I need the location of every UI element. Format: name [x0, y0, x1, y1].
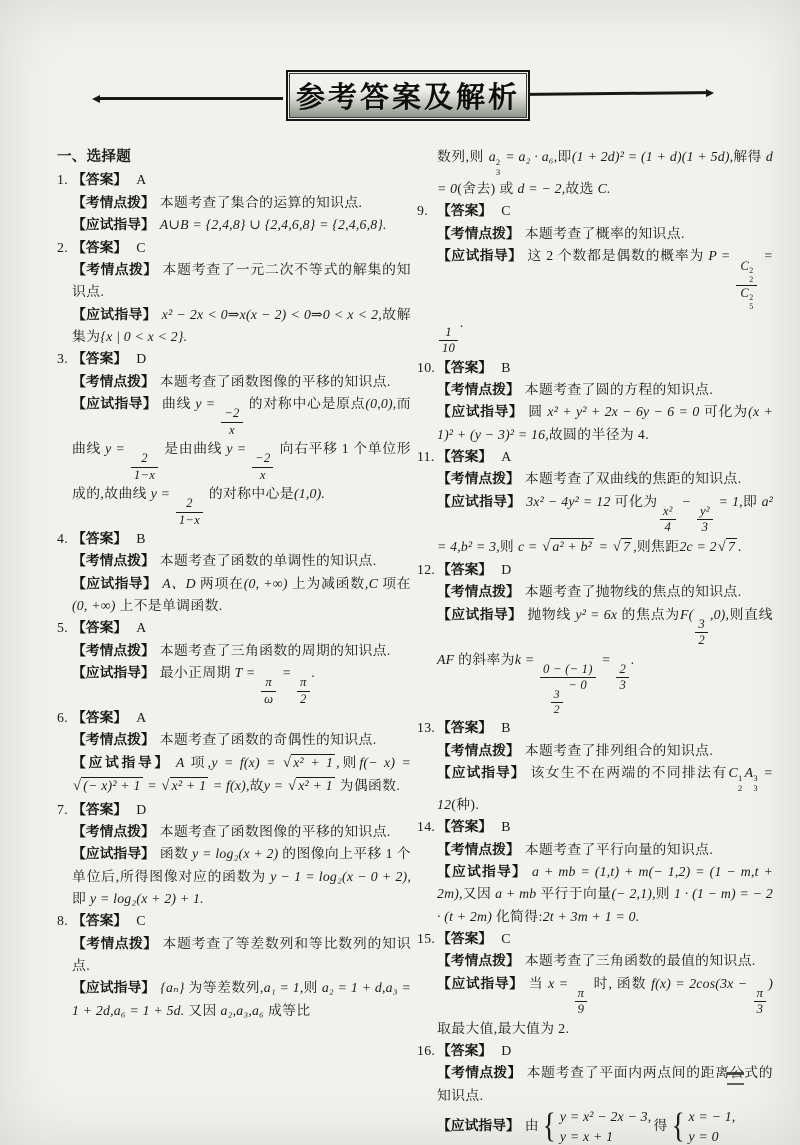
- fraction: 0 − (− 1)32 − 0: [540, 662, 596, 717]
- math-run: =: [278, 665, 295, 680]
- text-run: 解得: [733, 149, 766, 164]
- fraction: π3: [754, 986, 767, 1017]
- answer-letter: C: [136, 913, 146, 928]
- text-run: 上为减函数,: [288, 576, 369, 591]
- sqrt: a² + b²: [542, 539, 594, 554]
- text-run: 则: [500, 539, 518, 554]
- tips-label: 【考情点拨】: [437, 382, 520, 397]
- answer-letter: A: [136, 172, 146, 187]
- answer-line: 1.【答案】A: [72, 169, 411, 191]
- fraction: 32: [695, 617, 708, 648]
- tips-text: 本题考查了集合的运算的知识点.: [160, 195, 363, 210]
- answer-letter: A: [501, 449, 511, 464]
- math-run: 2t + 3m + 1 = 0.: [543, 909, 640, 924]
- answer-label: 【答案】: [437, 931, 492, 946]
- guide-line: 【应试指导】3x² − 4y² = 12 可化为x²4 − y²3 = 1,即 …: [437, 491, 773, 559]
- item-number: 1.: [57, 169, 68, 191]
- guide-line: 【应试指导】A∪B = {2,4,8} ∪ {2,4,6,8} = {2,4,6…: [72, 214, 411, 236]
- guide-line: 【应试指导】这 2 个数都是偶数的概率为 P = C22C25 = 110.: [437, 245, 773, 357]
- answer-line: 14.【答案】B: [437, 816, 773, 838]
- brace-glyph: {: [671, 1112, 684, 1141]
- fraction: 21−x: [131, 451, 158, 482]
- text-run: 该女生不在两端的不同排法有: [531, 765, 728, 780]
- answer-line: 8.【答案】C: [72, 910, 411, 932]
- answer-item-15: 15.【答案】C【考情点拨】本题考查了三角函数的最值的知识点.【应试指导】当 x…: [417, 928, 773, 1040]
- guide-line: 【应试指导】该女生不在两端的不同排法有C12A33 = 12(种).: [437, 762, 773, 816]
- section-heading: 一、选择题: [57, 146, 411, 169]
- item-number: 12.: [417, 559, 435, 581]
- text-run: 上不是单调函数.: [116, 598, 223, 613]
- guide-label: 【应试指导】: [72, 665, 155, 680]
- fraction: C22C25: [736, 259, 757, 312]
- answer-line: 9.【答案】C: [437, 200, 773, 222]
- right-column: 数列,则 a23 = a₂ · a₆,即(1 + 2d)² = (1 + d)(…: [417, 146, 773, 1145]
- text-run: 圆: [528, 404, 547, 419]
- left-column: 一、选择题 1.【答案】A【考情点拨】本题考查了集合的运算的知识点.【应试指导】…: [57, 146, 411, 1022]
- math-run: y =: [195, 396, 219, 411]
- answer-item-2: 2.【答案】C【考情点拨】本题考查了一元二次不等式的解集的知识点.【应试指导】x…: [57, 237, 411, 349]
- scanned-answer-page: 参考答案及解析 一、选择题 1.【答案】A【考情点拨】本题考查了集合的运算的知识…: [0, 0, 800, 1145]
- text-run: 抛物线: [527, 607, 575, 622]
- math-run: (0,0),: [365, 396, 396, 411]
- text-run: 的斜率为: [454, 652, 515, 667]
- answer-label: 【答案】: [437, 203, 492, 218]
- answer-item-10: 10.【答案】B【考情点拨】本题考查了圆的方程的知识点.【应试指导】圆 x² +…: [417, 357, 773, 446]
- sub-sup-symbol: C22: [740, 259, 753, 273]
- math-run: c =: [518, 539, 541, 554]
- item-number: 11.: [417, 446, 435, 468]
- answer-label: 【答案】: [72, 172, 127, 187]
- answer-letter: D: [501, 562, 511, 577]
- math-run: k =: [515, 652, 538, 667]
- fraction: 32: [551, 688, 563, 717]
- item-number: 15.: [417, 928, 435, 950]
- math-run: {aₙ}: [160, 980, 184, 995]
- answer-item-6: 6.【答案】A【考情点拨】本题考查了函数的奇偶性的知识点.【应试指导】A 项,y…: [57, 707, 411, 799]
- math-run: y² = 6x: [575, 607, 617, 622]
- answer-item-13: 13.【答案】B【考情点拨】本题考查了排列组合的知识点.【应试指导】该女生不在两…: [417, 717, 773, 816]
- text-run: 项,: [191, 755, 212, 770]
- text-run: 则: [656, 886, 674, 901]
- math-run: (0, +∞): [72, 598, 116, 613]
- answer-item-4: 4.【答案】B【考情点拨】本题考查了函数的单调性的知识点.【应试指导】A、D 两…: [57, 528, 411, 617]
- answer-label: 【答案】: [72, 802, 127, 817]
- tips-line: 【考情点拨】本题考查了平行向量的知识点.: [437, 839, 773, 861]
- system-row: x = − 1,: [689, 1107, 736, 1127]
- tips-line: 【考情点拨】本题考查了概率的知识点.: [437, 223, 773, 245]
- tips-line: 【考情点拨】本题考查了集合的运算的知识点.: [72, 192, 411, 214]
- text-run: 的对称中心是原点: [245, 396, 366, 411]
- answer-line: 3.【答案】D: [72, 348, 411, 370]
- guide-line: 【应试指导】函数 y = log₂(x + 2) 的图像向上平移 1 个单位后,…: [72, 843, 411, 910]
- guide-label: 【应试指导】: [437, 1118, 520, 1133]
- answer-letter: C: [501, 931, 511, 946]
- text-run: 又因: [184, 1003, 220, 1018]
- answer-item-8: 8.【答案】C【考情点拨】本题考查了等差数列和等比数列的知识点.【应试指导】{a…: [57, 910, 411, 1022]
- tips-text: 本题考查了平行向量的知识点.: [525, 842, 713, 857]
- math-run: y = log₂(x + 2) + 1.: [90, 891, 204, 906]
- fraction: πω: [261, 675, 276, 706]
- sub-sup-symbol: A33: [745, 765, 758, 780]
- math-run: a + mb: [495, 886, 536, 901]
- math-run: A: [176, 755, 191, 770]
- tips-label: 【考情点拨】: [437, 471, 520, 486]
- tips-line: 【考情点拨】本题考查了三角函数的周期的知识点.: [72, 640, 411, 662]
- tips-text: 本题考查了抛物线的焦点的知识点.: [525, 584, 742, 599]
- tips-label: 【考情点拨】: [437, 842, 520, 857]
- math-run: C.: [598, 181, 611, 196]
- math-run: y − 1 = log₂(x − 0 + 2),: [270, 869, 411, 884]
- math-run: − 0: [565, 678, 587, 692]
- answer-item-7: 7.【答案】D【考情点拨】本题考查了函数图像的平移的知识点.【应试指导】函数 y…: [57, 799, 411, 911]
- answer-line: 16.【答案】D: [437, 1040, 773, 1062]
- text-run: 可化为: [699, 404, 748, 419]
- math-run: =: [598, 652, 615, 667]
- text-run: 化简得:: [492, 909, 543, 924]
- math-run: A、D: [162, 576, 200, 591]
- tips-text: 本题考查了函数图像的平移的知识点.: [160, 374, 391, 389]
- answer-line: 6.【答案】A: [72, 707, 411, 729]
- answer-label: 【答案】: [72, 240, 127, 255]
- answer-letter: B: [136, 531, 146, 546]
- answer-item-1: 1.【答案】A【考情点拨】本题考查了集合的运算的知识点.【应试指导】A∪B = …: [57, 169, 411, 236]
- fraction: π2: [297, 675, 310, 706]
- answer-line: 7.【答案】D: [72, 799, 411, 821]
- answer-letter: A: [136, 620, 146, 635]
- guide-label: 【应试指导】: [437, 976, 524, 991]
- math-run: = 1,: [715, 494, 743, 509]
- tips-line: 【考情点拨】本题考查了抛物线的焦点的知识点.: [437, 581, 773, 603]
- sqrt: x² + 1: [288, 778, 335, 793]
- tips-line: 【考情点拨】本题考查了双曲线的焦距的知识点.: [437, 468, 773, 490]
- fraction: π9: [575, 986, 588, 1017]
- math-run: C: [369, 576, 382, 591]
- answer-line: 15.【答案】C: [437, 928, 773, 950]
- item-number: 4.: [57, 528, 68, 550]
- tips-label: 【考情点拨】: [72, 195, 155, 210]
- math-run: y =: [105, 441, 129, 456]
- answer-letter: B: [501, 720, 511, 735]
- tips-line: 【考情点拨】本题考查了函数图像的平移的知识点.: [72, 821, 411, 843]
- guide-line: 【应试指导】A、D 两项在(0, +∞) 上为减函数,C 项在(0, +∞) 上…: [72, 573, 411, 618]
- math-run: (1,0).: [294, 486, 325, 501]
- answer-item-9: 9.【答案】C【考情点拨】本题考查了概率的知识点.【应试指导】这 2 个数都是偶…: [417, 200, 773, 356]
- answer-label: 【答案】: [72, 710, 127, 725]
- answer-line: 11.【答案】A: [437, 446, 773, 468]
- system-row: y = x + 1: [560, 1127, 652, 1145]
- tips-text: 本题考查了圆的方程的知识点.: [525, 382, 713, 397]
- math-run: y =: [264, 778, 287, 793]
- text-run: 当: [529, 976, 548, 991]
- fraction: −2x: [252, 451, 273, 482]
- tips-line: 【考情点拨】本题考查了一元二次不等式的解集的知识点.: [72, 259, 411, 304]
- guide-label: 【应试指导】: [72, 217, 155, 232]
- answer-label: 【答案】: [437, 360, 492, 375]
- math-run: 2c = 2: [679, 539, 716, 554]
- answer-letter: A: [136, 710, 146, 725]
- math-run: y = log₂(x + 2): [192, 846, 278, 861]
- text-run: 则: [340, 755, 360, 770]
- system-row: y = 0: [689, 1127, 736, 1145]
- answer-label: 【答案】: [437, 1043, 492, 1058]
- guide-line: 【应试指导】A 项,y = f(x) = x² + 1,则f(− x) = (−…: [72, 752, 411, 799]
- guide-label: 【应试指导】: [72, 576, 157, 591]
- text-run: 成等比: [264, 1003, 310, 1018]
- brace-glyph: {: [543, 1112, 556, 1141]
- text-run: 函数: [160, 846, 192, 861]
- answer-item-5: 5.【答案】A【考情点拨】本题考查了三角函数的周期的知识点.【应试指导】最小正周…: [57, 617, 411, 707]
- tips-line: 【考情点拨】本题考查了圆的方程的知识点.: [437, 379, 773, 401]
- fraction: x²4: [660, 504, 676, 535]
- text-run: 数列,则: [437, 149, 488, 164]
- answer-item-12: 12.【答案】D【考情点拨】本题考查了抛物线的焦点的知识点.【应试指导】抛物线 …: [417, 559, 773, 717]
- math-run: ,0),: [710, 607, 729, 622]
- guide-label: 【应试指导】: [72, 755, 171, 770]
- tips-label: 【考情点拨】: [437, 743, 520, 758]
- answer-letter: D: [136, 802, 146, 817]
- guide-label: 【应试指导】: [72, 980, 155, 995]
- math-run: {x | 0 < x < 2}.: [100, 329, 187, 344]
- text-run: 为偶函数.: [336, 778, 401, 793]
- fraction: 110: [439, 325, 458, 356]
- answer-label: 【答案】: [437, 562, 492, 577]
- answer-letter: B: [501, 819, 511, 834]
- fraction: 21−x: [176, 496, 203, 527]
- math-run: (− 2,1),: [611, 886, 655, 901]
- page-title: 参考答案及解析: [286, 70, 530, 121]
- guide-line: 【应试指导】最小正周期 T = πω = π2.: [72, 662, 411, 707]
- text-run: 即: [72, 891, 90, 906]
- item-number: 16.: [417, 1040, 435, 1062]
- guide-line: 【应试指导】曲线 y = −2x 的对称中心是原点(0,0),而曲线 y = 2…: [72, 393, 411, 528]
- math-run: A∪B = {2,4,8} ∪ {2,4,6,8} = {2,4,6,8}.: [160, 217, 387, 232]
- decorative-rule-left: [99, 97, 283, 100]
- sub-sup-symbol: C12: [728, 765, 742, 780]
- tips-line: 【考情点拨】本题考查了函数的单调性的知识点.: [72, 550, 411, 572]
- text-run: 则: [304, 980, 322, 995]
- guide-label: 【应试指导】: [437, 864, 527, 879]
- math-run: = f(x),: [209, 778, 249, 793]
- math-run: .: [738, 539, 742, 554]
- text-run: (舍去) 或: [457, 181, 517, 196]
- fraction: 23: [616, 662, 629, 693]
- tips-label: 【考情点拨】: [72, 936, 157, 951]
- answer-item-16: 16.【答案】D【考情点拨】本题考查了平面内两点间的距离公式的知识点.【应试指导…: [417, 1040, 773, 1145]
- math-run: −: [678, 494, 695, 509]
- guide-label: 【应试指导】: [72, 307, 157, 322]
- math-run: =: [144, 778, 161, 793]
- page-title-text: 参考答案及解析: [296, 75, 520, 116]
- fraction: y²3: [697, 504, 713, 535]
- answer-label: 【答案】: [72, 620, 127, 635]
- answer-label: 【答案】: [437, 819, 492, 834]
- math-run: =: [595, 539, 612, 554]
- guide-label: 【应试指导】: [437, 248, 522, 263]
- text-run: (种).: [451, 797, 479, 812]
- math-run: x² − 2x < 0⇒x(x − 2) < 0⇒0 < x < 2,: [162, 307, 382, 322]
- answer-line: 5.【答案】A: [72, 617, 411, 639]
- item-number: 2.: [57, 237, 68, 259]
- math-run: T =: [235, 665, 259, 680]
- text-run: 曲线: [162, 396, 195, 411]
- answer-line: 12.【答案】D: [437, 559, 773, 581]
- tips-line: 【考情点拨】本题考查了等差数列和等比数列的知识点.: [72, 933, 411, 978]
- text-run: 的对称中心是: [205, 486, 294, 501]
- math-run: (1 + 2d)² = (1 + d)(1 + 5d),: [572, 149, 733, 164]
- sqrt: x² + 1: [283, 755, 335, 770]
- text-run: 平行于向量: [536, 886, 611, 901]
- text-run: 的焦点为: [617, 607, 680, 622]
- guide-line: 【应试指导】圆 x² + y² + 2x − 6y − 6 = 0 可化为(x …: [437, 401, 773, 446]
- tips-text: 本题考查了双曲线的焦距的知识点.: [525, 471, 742, 486]
- text-run: 为等差数列,: [185, 980, 264, 995]
- math-run: =: [759, 248, 773, 263]
- text-run: 这 2 个数都是偶数的概率为: [527, 248, 708, 263]
- guide-line: 【应试指导】x² − 2x < 0⇒x(x − 2) < 0⇒0 < x < 2…: [72, 304, 411, 349]
- math-run: .: [312, 665, 316, 680]
- item-number: 14.: [417, 816, 435, 838]
- tips-text: 本题考查了三角函数的最值的知识点.: [525, 953, 756, 968]
- math-run: f(− x) =: [359, 755, 411, 770]
- math-run: y =: [226, 441, 250, 456]
- item-number: 5.: [57, 617, 68, 639]
- text-run: 时, 函数: [589, 976, 651, 991]
- tips-label: 【考情点拨】: [72, 732, 155, 747]
- answer-line: 4.【答案】B: [72, 528, 411, 550]
- answer-label: 【答案】: [72, 531, 127, 546]
- tips-label: 【考情点拨】: [437, 584, 520, 599]
- item-number: 8.: [57, 910, 68, 932]
- decorative-rule-right: [529, 91, 707, 95]
- text-run: 则焦距: [637, 539, 680, 554]
- math-run: y =: [151, 486, 174, 501]
- math-run: x =: [548, 976, 572, 991]
- math-run: x² + y² + 2x − 6y − 6 = 0: [547, 404, 699, 419]
- tips-line: 【考情点拨】本题考查了排列组合的知识点.: [437, 740, 773, 762]
- continuation-paragraph: 数列,则 a23 = a₂ · a₆,即(1 + 2d)² = (1 + d)(…: [417, 146, 773, 200]
- tips-line: 【考情点拨】本题考查了函数图像的平移的知识点.: [72, 371, 411, 393]
- answer-letter: B: [501, 360, 511, 375]
- text-run: 即: [557, 149, 571, 164]
- math-run: a₂,a₃,a₆: [221, 1003, 265, 1018]
- tips-label: 【考情点拨】: [72, 553, 155, 568]
- page-corner-mark: [727, 1072, 744, 1085]
- guide-line: 【应试指导】当 x = π9 时, 函数 f(x) = 2cos(3x − π3…: [437, 973, 773, 1040]
- text-run: 则直线: [729, 607, 773, 622]
- text-run: 由: [525, 1118, 539, 1133]
- item-number: 10.: [417, 357, 435, 379]
- text-run: 取最大值,最大值为 2.: [437, 1021, 569, 1036]
- fraction: −2x: [221, 406, 242, 437]
- answer-letter: C: [501, 203, 511, 218]
- math-run: AF: [437, 652, 454, 667]
- tips-line: 【考情点拨】本题考查了平面内两点间的距离公式的知识点.: [437, 1062, 773, 1107]
- sqrt: x² + 1: [161, 778, 208, 793]
- text-run: 两项在: [200, 576, 244, 591]
- answer-line: 13.【答案】B: [437, 717, 773, 739]
- answer-label: 【答案】: [72, 351, 127, 366]
- answer-label: 【答案】: [437, 449, 492, 464]
- sqrt: 7: [613, 539, 632, 554]
- text-run: 最小正周期: [160, 665, 235, 680]
- tips-line: 【考情点拨】本题考查了三角函数的最值的知识点.: [437, 950, 773, 972]
- tips-text: 本题考查了函数图像的平移的知识点.: [160, 824, 391, 839]
- item-number: 3.: [57, 348, 68, 370]
- item-number: 13.: [417, 717, 435, 739]
- equation-system: {y = x² − 2x − 3,y = x + 1: [541, 1107, 651, 1145]
- sqrt: 7: [718, 539, 737, 554]
- tips-label: 【考情点拨】: [437, 1065, 522, 1080]
- sub-sup-symbol: a23: [489, 149, 501, 164]
- math-run: a₁ = 1,: [264, 980, 304, 995]
- system-row: y = x² − 2x − 3,: [560, 1107, 652, 1127]
- tips-text: 本题考查了函数的奇偶性的知识点.: [160, 732, 377, 747]
- tips-label: 【考情点拨】: [72, 824, 155, 839]
- item-number: 9.: [417, 200, 428, 222]
- answer-item-3: 3.【答案】D【考情点拨】本题考查了函数图像的平移的知识点.【应试指导】曲线 y…: [57, 348, 411, 528]
- answer-letter: D: [501, 1043, 511, 1058]
- answer-letter: D: [136, 351, 146, 366]
- text-run: 故: [250, 778, 264, 793]
- math-run: P =: [708, 248, 734, 263]
- answer-item-11: 11.【答案】A【考情点拨】本题考查了双曲线的焦距的知识点.【应试指导】3x² …: [417, 446, 773, 559]
- guide-line: 【应试指导】由{y = x² − 2x − 3,y = x + 1得{x = −…: [437, 1107, 773, 1145]
- text-run: 是由曲线: [160, 441, 226, 456]
- answer-letter: C: [136, 240, 146, 255]
- answer-label: 【答案】: [72, 913, 127, 928]
- guide-label: 【应试指导】: [437, 494, 521, 509]
- sub-sup-symbol: C25: [740, 286, 753, 300]
- answer-item-14: 14.【答案】B【考情点拨】本题考查了平行向量的知识点.【应试指导】a + mb…: [417, 816, 773, 928]
- tips-label: 【考情点拨】: [437, 226, 520, 241]
- answer-line: 2.【答案】C: [72, 237, 411, 259]
- tips-text: 本题考查了函数的单调性的知识点.: [160, 553, 377, 568]
- math-run: 2cos(: [689, 976, 720, 991]
- item-number: 6.: [57, 707, 68, 729]
- guide-label: 【应试指导】: [437, 607, 522, 622]
- text-run: 得: [653, 1118, 667, 1133]
- math-run: 3x −: [720, 976, 752, 991]
- guide-line: 【应试指导】{aₙ} 为等差数列,a₁ = 1,则 a₂ = 1 + d,a₃ …: [72, 977, 411, 1022]
- text-run: 可化为: [610, 494, 657, 509]
- guide-line: 【应试指导】a + mb = (1,t) + m(− 1,2) = (1 − m…: [437, 861, 773, 928]
- text-run: 故选: [565, 181, 597, 196]
- sqrt: (− x)² + 1: [73, 778, 143, 793]
- equation-system: {x = − 1,y = 0: [670, 1107, 736, 1145]
- text-run: 故圆的半径为 4.: [549, 427, 649, 442]
- text-run: 又因: [463, 886, 495, 901]
- math-run: y = f(x) =: [211, 755, 282, 770]
- item-number: 7.: [57, 799, 68, 821]
- tips-text: 本题考查了排列组合的知识点.: [525, 743, 713, 758]
- tips-text: 本题考查了三角函数的周期的知识点.: [160, 643, 391, 658]
- tips-label: 【考情点拨】: [72, 262, 157, 277]
- math-run: 3x² − 4y² = 12: [526, 494, 610, 509]
- tips-label: 【考情点拨】: [72, 374, 155, 389]
- math-run: d = − 2,: [518, 181, 566, 196]
- math-run: ): [768, 976, 773, 991]
- tips-label: 【考情点拨】: [437, 953, 520, 968]
- text-run: 项在: [382, 576, 411, 591]
- tips-label: 【考情点拨】: [72, 643, 155, 658]
- math-run: .: [460, 315, 464, 330]
- guide-label: 【应试指导】: [437, 765, 526, 780]
- guide-line: 【应试指导】抛物线 y² = 6x 的焦点为F(32,0),则直线 AF 的斜率…: [437, 604, 773, 718]
- guide-label: 【应试指导】: [72, 846, 155, 861]
- text-run: 即: [743, 494, 762, 509]
- math-run: .: [631, 652, 635, 667]
- answer-label: 【答案】: [437, 720, 492, 735]
